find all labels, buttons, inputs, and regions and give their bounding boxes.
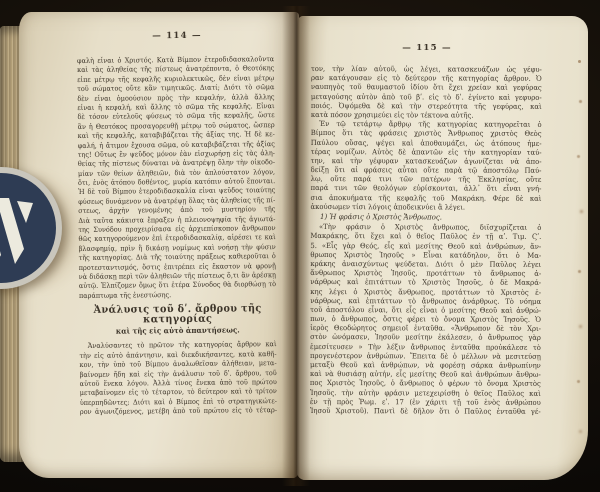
left-page-number: — 114 — [78,30,276,42]
text-line: ἀκούσωμεν τίσι λόγοις ἀποδεικνύει ἃ λέγε… [311,202,542,212]
text-line: ναυπηγὸς τοῦ θαυμαστοῦ ἰδίου ὅτι ἔχει χρ… [311,82,542,92]
text-line: παρά τινι τῶν θεολόγων εὑρίσκονται, ἀλλ᾽… [311,183,542,193]
right-paragraph-3: «Τὴν φράσιν ὁ Χριστὸς ἄνθρωπος, διϊσχυρί… [310,222,541,416]
foxing-spots [578,60,581,63]
left-paragraph-1: φαλὴ εἶναι ὁ Χριστός. Κατὰ Βίμπον ἑτεροδ… [77,55,276,301]
text-line: Βίμπος ὅτι τὰς φράσεις χριστὸς Ἄνθρωπος … [311,128,542,138]
text-line: μεταγούσης αὐτὸν ἀπὸ τοῦ βʹ. εἰς τὸ δʹ. … [311,92,542,102]
open-book-photo: — 114 — — 115 — φαλὴ εἶναι ὁ Χριστός. Κα… [0,0,600,492]
text-line: Ἰησοῦ Χριστοῦ). Παντὶ δὲ δῆλον ὅτι ὁ Παῦ… [310,406,541,416]
text-line: Παύλου οὔσας, ψέγει καὶ ἀποθαυμάζει, ὡς … [311,137,542,147]
right-paragraph-2: Ἐν τῷ τετάρτῳ ἄρθρῳ τῆς κατηγορίας κατηγ… [311,119,542,212]
right-section-heading: 1) Ἡ φράσις ὁ Χριστὸς Ἄνθρωπος. [310,212,541,222]
text-line: κης λέγει ὁ Χριστὸς ἄνθρωπος, προτάττων … [310,287,541,297]
right-page-number: — 115 — [312,43,542,53]
right-page-text: τον, τὴν λίαν αὐτοῦ, ὡς λέγει, κατασκευά… [310,64,542,416]
left-page-heading: Ἀνάλυσις τοῦ δʹ. ἄρθρου τῆς κατηγορίας [79,304,276,325]
text-line: αὐτῷ. Ἐλπίζομεν ὅμως ὅτι ἑτέρα Σύνοδος θ… [79,281,276,292]
text-line: Μακράκης, ὅτι ἔχει καὶ ὁ θεῖος Παῦλος ἐν… [310,231,541,241]
book-gutter-shadow [282,6,310,486]
left-paragraph-2: Ἀναλύσαντες τὸ πρῶτον τῆς κατηγορίας ἄρθ… [79,341,277,418]
text-line: ρον ἀγωνιζόμενος, μετέβη ἀπὸ τοῦ πρώτου … [80,406,277,417]
left-page-text: φαλὴ εἶναι ὁ Χριστός. Κατὰ Βίμπον ἑτεροδ… [77,55,277,417]
wordpress-logo-icon [0,165,64,291]
right-paragraph-1: τον, τὴν λίαν αὐτοῦ, ὡς λέγει, κατασκευά… [311,64,542,120]
text-line: πος Χριστὸς Ἰησοῦς, ὁ ἄνθρωπος ὁ φέρων τ… [310,378,541,388]
text-line: νάρθρως καὶ ἐπιτάττων τὸ Χριστὸς Ἰησοῦς,… [310,277,541,287]
text-line: παράπτωμα τῆς ἐνεστώσης. [79,290,276,301]
wordpress-logo-svg [0,165,64,291]
text-line: στὸν ὠνόμασεν, Ἰησοῦν μεσίτην ἐκάλεσεν, … [310,332,541,342]
left-page-subheading: καὶ τῆς εἰς αὐτὸ ἀπαντήσεως. [79,325,276,336]
text-line: 5. «Εἷς γὰρ Θεός, εἷς καὶ μεσίτης Θεοῦ κ… [310,241,541,251]
text-line: Ἰησοῦς. τὴν αὐτὴν φράσιν μετεχειρίσθη ὁ … [310,388,541,398]
